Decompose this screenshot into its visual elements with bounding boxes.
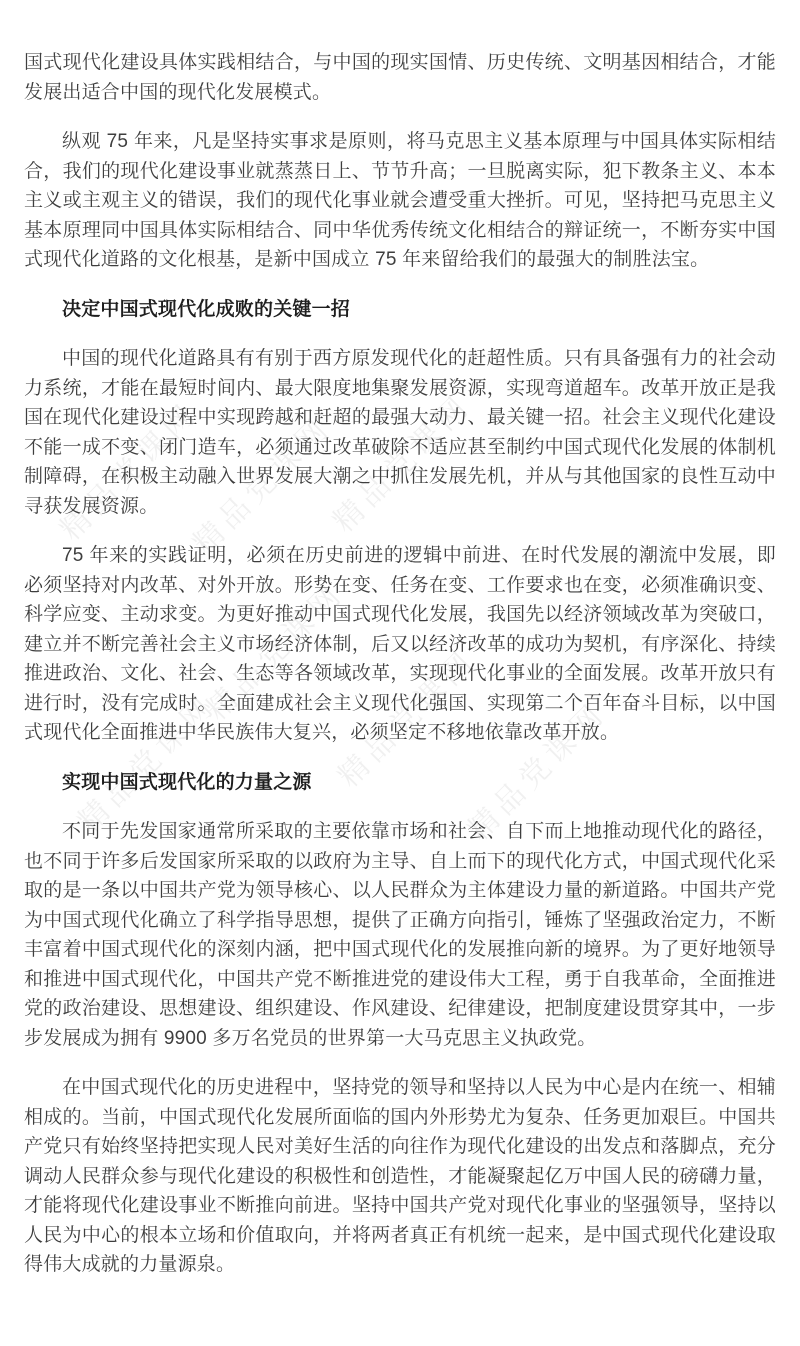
paragraph: 在中国式现代化的历史进程中，坚持党的领导和坚持以人民为中心是内在统一、相辅相成的… <box>24 1073 776 1280</box>
section-heading-key-move: 决定中国式现代化成败的关键一招 <box>24 295 776 325</box>
paragraph-continuation: 国式现代化建设具体实践相结合，与中国的现实国情、历史传统、文明基因相结合，才能发… <box>24 48 776 107</box>
section-heading-source-of-strength: 实现中国式现代化的力量之源 <box>24 768 776 798</box>
article-body: 国式现代化建设具体实践相结合，与中国的现实国情、历史传统、文明基因相结合，才能发… <box>0 0 800 1280</box>
paragraph: 中国的现代化道路具有有别于西方原发现代化的赶超性质。只有具备强有力的社会动力系统… <box>24 344 776 521</box>
paragraph: 75 年来的实践证明，必须在历史前进的逻辑中前进、在时代发展的潮流中发展，即必须… <box>24 541 776 748</box>
document-page: { "page": { "background": "#ffffff", "bo… <box>0 0 800 1346</box>
paragraph: 纵观 75 年来，凡是坚持实事求是原则，将马克思主义基本原理与中国具体实际相结合… <box>24 127 776 275</box>
paragraph: 不同于先发国家通常所采取的主要依靠市场和社会、自下而上地推动现代化的路径，也不同… <box>24 817 776 1053</box>
